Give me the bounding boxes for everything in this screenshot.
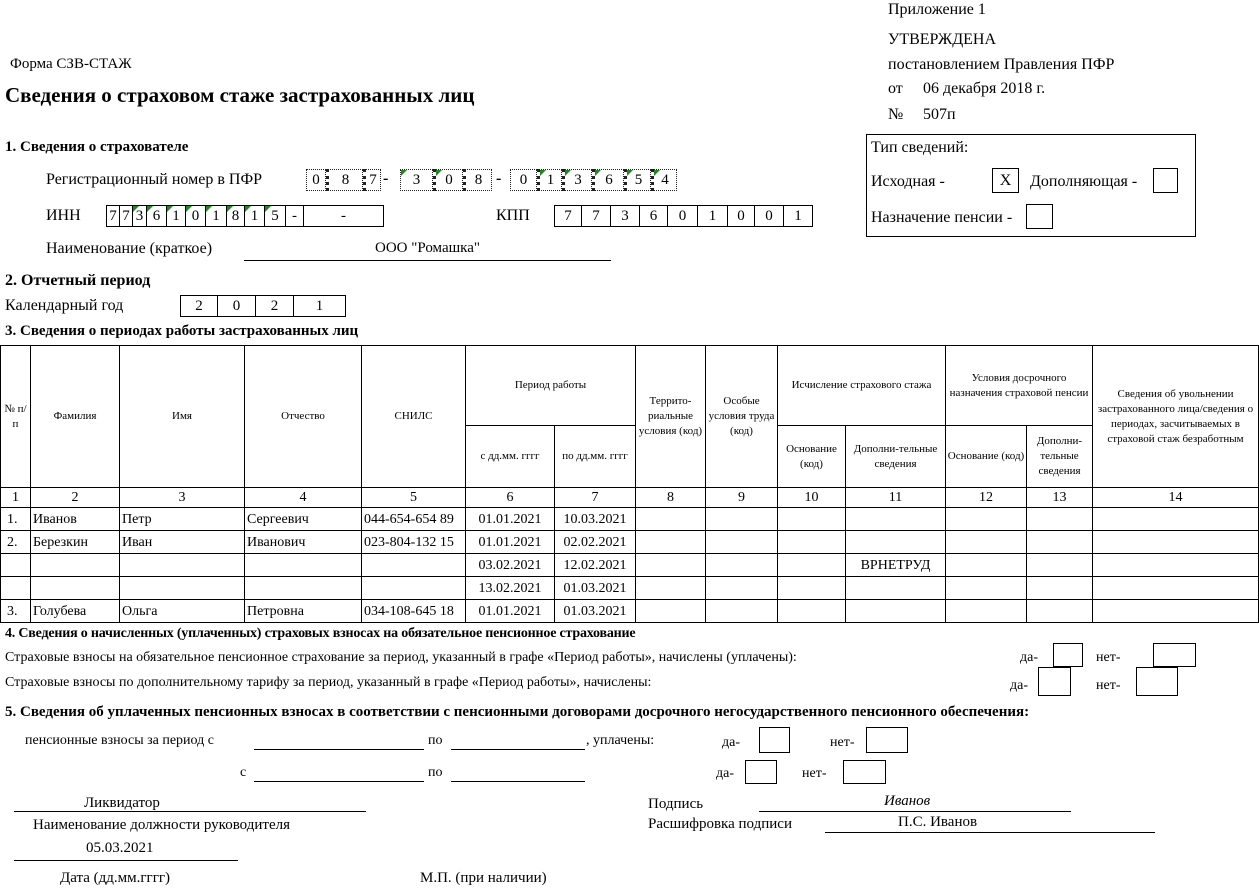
reg-number-cell[interactable]: 0 — [306, 169, 326, 191]
cell-num[interactable]: 1. — [1, 508, 31, 531]
reg-number-group-1[interactable]: 087 — [306, 169, 381, 191]
cell-c11[interactable] — [846, 508, 946, 531]
header-calc-extra: Дополни-тельные сведения — [846, 426, 946, 488]
cell-patronymic[interactable] — [245, 577, 362, 600]
section5-line1-yes-checkbox[interactable] — [759, 727, 790, 753]
inn-cell[interactable]: - — [286, 205, 304, 227]
table-row: 3.ГолубеваОльгаПетровна034-108-645 1801.… — [1, 600, 1259, 623]
cell-c8[interactable] — [636, 600, 706, 623]
stamp-label: М.П. (при наличии) — [420, 870, 547, 887]
kpp-cell[interactable]: 0 — [668, 205, 698, 227]
signature-field[interactable]: Иванов — [759, 793, 1071, 812]
header-period-to: по дд.мм. гггг — [555, 426, 636, 488]
pension-checkbox[interactable] — [1026, 204, 1053, 229]
reg-number-label: Регистрационный номер в ПФР — [46, 171, 262, 189]
cell-from[interactable]: 13.02.2021 — [466, 577, 555, 600]
signature-decode-label: Расшифровка подписи — [648, 816, 792, 833]
reg-number-cell[interactable]: 4 — [651, 169, 677, 191]
cell-c13[interactable] — [1027, 508, 1093, 531]
inn-cell[interactable]: - — [304, 205, 384, 227]
header-dismissal: Сведения об увольнении застрахованного л… — [1093, 346, 1259, 488]
reg-number-cell[interactable]: 5 — [624, 169, 651, 191]
inn-cell[interactable]: 6 — [147, 205, 167, 227]
inn-cell[interactable]: 7 — [120, 205, 133, 227]
reg-number-cell[interactable]: 3 — [400, 169, 433, 191]
reg-number-cell[interactable]: 8 — [326, 169, 363, 191]
header-period-from: с дд.мм. гггг — [466, 426, 555, 488]
section4-line1-yes-label: да- — [1020, 650, 1038, 666]
appendix-label: Приложение 1 — [888, 1, 986, 19]
cell-surname[interactable]: Иванов — [31, 508, 120, 531]
section5-line1-label: пенсионные взносы за период с — [25, 733, 214, 749]
cell-patronymic[interactable]: Петровна — [245, 600, 362, 623]
column-number: 1 — [1, 488, 31, 508]
cell-surname[interactable] — [31, 554, 120, 577]
cell-snils[interactable]: 044-654-654 89 — [362, 508, 466, 531]
approval-number: 507п — [923, 106, 956, 124]
column-number: 6 — [466, 488, 555, 508]
cell-name[interactable] — [120, 577, 245, 600]
column-number: 5 — [362, 488, 466, 508]
calendar-year-label: Календарный год — [5, 297, 123, 315]
inn-field[interactable]: 7736101815-- — [106, 205, 384, 227]
cell-c10[interactable] — [778, 508, 846, 531]
cell-c9[interactable] — [706, 508, 778, 531]
cell-c11[interactable] — [846, 600, 946, 623]
reg-number-cell[interactable]: 1 — [537, 169, 562, 191]
cell-num[interactable]: 3. — [1, 600, 31, 623]
signature-label: Подпись — [648, 796, 703, 813]
cell-c12[interactable] — [946, 508, 1027, 531]
cell-c14[interactable] — [1093, 508, 1259, 531]
cell-c13[interactable] — [1027, 531, 1093, 554]
cell-c14[interactable] — [1093, 531, 1259, 554]
section1-title: 1. Сведения о страхователе — [5, 139, 188, 156]
section5-period1-to-field[interactable] — [451, 733, 585, 750]
table-row: 13.02.202101.03.2021 — [1, 577, 1259, 600]
reg-number-cell[interactable]: 7 — [363, 169, 381, 191]
cell-c12[interactable] — [946, 531, 1027, 554]
section4-title: 4. Сведения о начисленных (уплаченных) с… — [5, 626, 635, 642]
date-label: Дата (дд.мм.гггг) — [60, 870, 170, 887]
kpp-cell[interactable]: 7 — [554, 205, 582, 227]
header-early-extra: Дополни-тельные сведения — [1027, 426, 1093, 488]
section4-line2-yes-label: да- — [1010, 678, 1028, 694]
table-row: 1.ИвановПетрСергеевич044-654-654 8901.01… — [1, 508, 1259, 531]
header-name: Имя — [120, 346, 245, 488]
original-checkbox[interactable]: X — [992, 168, 1019, 193]
position-field[interactable]: Ликвидатор — [14, 795, 366, 812]
reg-number-cell[interactable]: 0 — [510, 169, 537, 191]
cell-c10[interactable] — [778, 600, 846, 623]
reg-separator-1: - — [383, 170, 388, 188]
section5-to-label-1: по — [428, 733, 443, 749]
pension-label: Назначение пенсии - — [871, 209, 1012, 227]
page-title: Сведения о страховом стаже застрахованны… — [5, 83, 474, 108]
cell-num[interactable]: 2. — [1, 531, 31, 554]
column-number: 11 — [846, 488, 946, 508]
column-number: 8 — [636, 488, 706, 508]
cell-patronymic[interactable] — [245, 554, 362, 577]
cell-snils[interactable] — [362, 577, 466, 600]
kpp-cell[interactable]: 3 — [611, 205, 640, 227]
approved-by: постановлением Правления ПФР — [888, 56, 1114, 74]
kpp-field[interactable]: 773601001 — [554, 205, 813, 227]
cell-c9[interactable] — [706, 554, 778, 577]
cell-c9[interactable] — [706, 577, 778, 600]
cell-c8[interactable] — [636, 508, 706, 531]
inn-cell[interactable]: 0 — [186, 205, 206, 227]
cell-c14[interactable] — [1093, 600, 1259, 623]
cell-name[interactable] — [120, 554, 245, 577]
cell-c12[interactable] — [946, 600, 1027, 623]
cell-c10[interactable] — [778, 531, 846, 554]
cell-to[interactable]: 01.03.2021 — [555, 600, 636, 623]
inn-cell[interactable]: 7 — [106, 205, 120, 227]
cell-c12[interactable] — [946, 554, 1027, 577]
cell-to[interactable]: 01.03.2021 — [555, 577, 636, 600]
kpp-cell[interactable]: 0 — [728, 205, 755, 227]
column-number: 9 — [706, 488, 778, 508]
cell-c13[interactable] — [1027, 554, 1093, 577]
cell-c13[interactable] — [1027, 600, 1093, 623]
column-number: 14 — [1093, 488, 1259, 508]
column-number: 2 — [31, 488, 120, 508]
cell-name[interactable]: Иван — [120, 531, 245, 554]
section4-line2: Страховые взносы по дополнительному тари… — [5, 675, 651, 691]
header-special: Особые условия труда (код) — [706, 346, 778, 488]
section5-period2-from-field[interactable] — [254, 765, 424, 782]
cell-to[interactable]: 10.03.2021 — [555, 508, 636, 531]
year-cell[interactable]: 2 — [256, 295, 294, 317]
name-label: Наименование (краткое) — [46, 240, 212, 258]
column-number: 10 — [778, 488, 846, 508]
signature-decode-field[interactable]: П.С. Иванов — [825, 814, 1155, 833]
section5-line1-yes-label: да- — [722, 735, 740, 751]
section4-line2-no-checkbox[interactable] — [1136, 667, 1178, 696]
section2-title: 2. Отчетный период — [5, 272, 150, 290]
header-territorial: Террито-риальные условия (код) — [636, 346, 706, 488]
kpp-cell[interactable]: 6 — [640, 205, 668, 227]
cell-surname[interactable]: Голубева — [31, 600, 120, 623]
inn-cell[interactable]: 1 — [245, 205, 265, 227]
inn-cell[interactable]: 5 — [265, 205, 286, 227]
cell-c10[interactable] — [778, 577, 846, 600]
header-calc: Исчисление страхового стажа — [778, 346, 946, 426]
cell-c11[interactable] — [846, 577, 946, 600]
reg-number-group-2[interactable]: 308 — [400, 169, 492, 191]
column-number: 12 — [946, 488, 1027, 508]
section3-title: 3. Сведения о периодах работы застрахова… — [5, 323, 358, 340]
cell-c13[interactable] — [1027, 577, 1093, 600]
supplementary-checkbox[interactable] — [1153, 168, 1178, 193]
cell-patronymic[interactable]: Иванович — [245, 531, 362, 554]
column-numbers-row: 1234567891011121314 — [1, 488, 1259, 508]
section4-line1: Страховые взносы на обязательное пенсион… — [5, 650, 797, 666]
section5-title: 5. Сведения об уплаченных пенсионных взн… — [5, 704, 1029, 721]
section5-line2-yes-checkbox[interactable] — [745, 760, 777, 784]
inn-cell[interactable]: 8 — [227, 205, 245, 227]
cell-name[interactable]: Петр — [120, 508, 245, 531]
cell-c9[interactable] — [706, 531, 778, 554]
table-row: 2.БерезкинИванИванович023-804-132 1501.0… — [1, 531, 1259, 554]
cell-to[interactable]: 12.02.2021 — [555, 554, 636, 577]
section4-line1-no-label: нет- — [1096, 650, 1121, 666]
cell-c10[interactable] — [778, 554, 846, 577]
header-calc-basis: Основание (код) — [778, 426, 846, 488]
cell-from[interactable]: 03.02.2021 — [466, 554, 555, 577]
year-cell[interactable]: 0 — [218, 295, 256, 317]
kpp-cell[interactable]: 1 — [784, 205, 813, 227]
inn-cell[interactable]: 1 — [167, 205, 186, 227]
cell-patronymic[interactable]: Сергеевич — [245, 508, 362, 531]
cell-surname[interactable]: Березкин — [31, 531, 120, 554]
year-cell[interactable]: 2 — [180, 295, 218, 317]
year-cell[interactable]: 1 — [294, 295, 346, 317]
cell-c8[interactable] — [636, 554, 706, 577]
info-type-title: Тип сведений: — [871, 139, 968, 157]
header-period: Период работы — [466, 346, 636, 426]
section4-line2-no-label: нет- — [1096, 678, 1121, 694]
reg-separator-2: - — [496, 170, 501, 188]
table-row: 03.02.202112.02.2021ВРНЕТРУД — [1, 554, 1259, 577]
header-snils: СНИЛС — [362, 346, 466, 488]
cell-from[interactable]: 01.01.2021 — [466, 531, 555, 554]
section4-line2-yes-checkbox[interactable] — [1038, 667, 1071, 696]
section5-to-label-2: по — [428, 765, 443, 781]
header-num: № п/п — [1, 346, 31, 488]
kpp-cell[interactable]: 0 — [755, 205, 784, 227]
section4-line1-no-checkbox[interactable] — [1153, 643, 1196, 667]
cell-num[interactable] — [1, 577, 31, 600]
cell-from[interactable]: 01.01.2021 — [466, 600, 555, 623]
section5-line1-no-label: нет- — [830, 735, 855, 751]
cell-from[interactable]: 01.01.2021 — [466, 508, 555, 531]
cell-c9[interactable] — [706, 600, 778, 623]
position-label: Наименование должности руководителя — [33, 817, 290, 834]
company-name-field[interactable]: ООО "Ромашка" — [244, 240, 611, 261]
reg-number-cell[interactable]: 3 — [562, 169, 592, 191]
section5-paid-label: , уплачены: — [586, 733, 654, 749]
inn-cell[interactable]: 1 — [206, 205, 227, 227]
cell-surname[interactable] — [31, 577, 120, 600]
cell-c12[interactable] — [946, 577, 1027, 600]
cell-c8[interactable] — [636, 577, 706, 600]
reg-number-cell[interactable]: 0 — [433, 169, 463, 191]
column-number: 4 — [245, 488, 362, 508]
section5-from-label-2: с — [240, 765, 246, 781]
cell-name[interactable]: Ольга — [120, 600, 245, 623]
approval-date-prefix: от — [888, 80, 903, 98]
form-name: Форма СЗВ-СТАЖ — [10, 56, 132, 73]
cell-c11[interactable] — [846, 531, 946, 554]
cell-num[interactable] — [1, 554, 31, 577]
column-number: 7 — [555, 488, 636, 508]
section5-line2-yes-label: да- — [716, 766, 734, 782]
section4-line1-yes-checkbox[interactable] — [1053, 643, 1083, 667]
header-early-basis: Основание (код) — [946, 426, 1027, 488]
section5-line2-no-checkbox[interactable] — [843, 760, 886, 784]
section5-period1-from-field[interactable] — [254, 733, 424, 750]
approval-number-prefix: № — [888, 106, 903, 124]
info-type-panel: Тип сведений: Исходная - X Дополняющая -… — [866, 134, 1196, 237]
cell-c8[interactable] — [636, 531, 706, 554]
date-field[interactable]: 05.03.2021 — [14, 840, 238, 861]
cell-to[interactable]: 02.02.2021 — [555, 531, 636, 554]
calendar-year-field[interactable]: 2021 — [180, 295, 346, 317]
header-early: Условия досрочного назначения страховой … — [946, 346, 1093, 426]
reg-number-cell[interactable]: 6 — [592, 169, 624, 191]
column-number: 13 — [1027, 488, 1093, 508]
cell-c11[interactable]: ВРНЕТРУД — [846, 554, 946, 577]
column-number: 3 — [120, 488, 245, 508]
kpp-cell[interactable]: 1 — [698, 205, 728, 227]
cell-snils[interactable]: 023-804-132 15 — [362, 531, 466, 554]
section5-line2-no-label: нет- — [802, 766, 827, 782]
header-patronymic: Отчество — [245, 346, 362, 488]
reg-number-cell[interactable]: 8 — [463, 169, 492, 191]
kpp-cell[interactable]: 7 — [582, 205, 611, 227]
cell-snils[interactable]: 034-108-645 18 — [362, 600, 466, 623]
cell-c14[interactable] — [1093, 554, 1259, 577]
section5-period2-to-field[interactable] — [451, 765, 585, 782]
approved-label: УТВЕРЖДЕНА — [888, 31, 996, 49]
original-label: Исходная - — [871, 173, 945, 191]
kpp-label: КПП — [496, 207, 530, 225]
section5-line1-no-checkbox[interactable] — [866, 727, 908, 753]
inn-label: ИНН — [46, 207, 81, 225]
reg-number-group-3[interactable]: 013654 — [510, 169, 677, 191]
inn-cell[interactable]: 3 — [133, 205, 147, 227]
cell-c14[interactable] — [1093, 577, 1259, 600]
cell-snils[interactable] — [362, 554, 466, 577]
approval-date: 06 декабря 2018 г. — [923, 80, 1045, 98]
supplementary-label: Дополняющая - — [1030, 173, 1137, 191]
header-surname: Фамилия — [31, 346, 120, 488]
work-periods-table: № п/п Фамилия Имя Отчество СНИЛС Период … — [0, 345, 1259, 623]
